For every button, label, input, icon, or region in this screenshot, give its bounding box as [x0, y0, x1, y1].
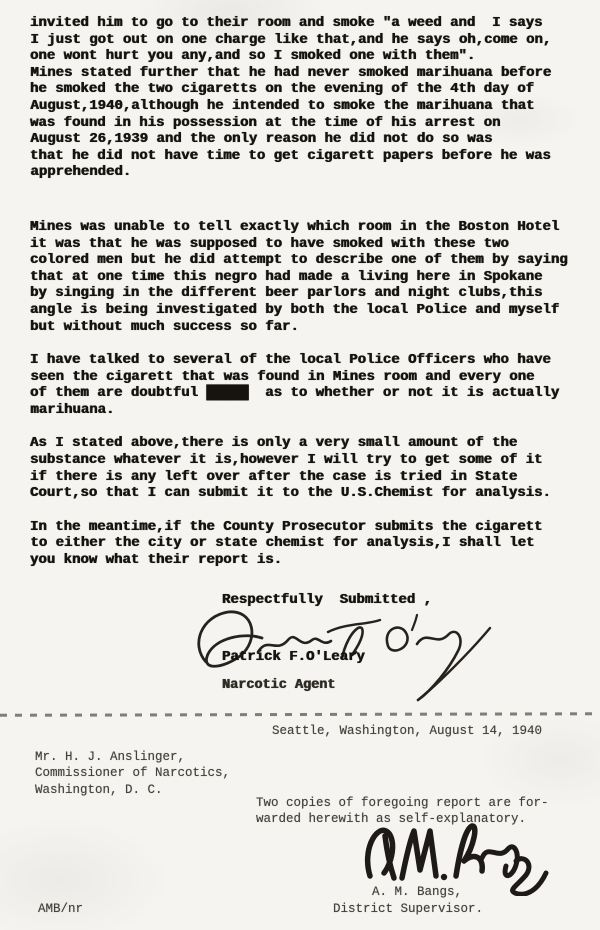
text-line: I just got out on one charge like that,a…: [30, 32, 582, 49]
text-line: Mines stated further that he had never s…: [30, 65, 582, 82]
report-paragraph: invited him to go to their room and smok…: [30, 15, 582, 181]
report-paragraph: Mines was unable to tell exactly which r…: [30, 219, 582, 335]
text-line: if there is any left over after the case…: [30, 469, 582, 486]
text-line: invited him to go to their room and smok…: [30, 15, 582, 32]
text-line: August 26,1939 and the only reason he di…: [30, 131, 582, 148]
text-line: Mines was unable to tell exactly which r…: [30, 219, 582, 236]
text-line: I have talked to several of the local Po…: [30, 352, 582, 369]
text-line: Mr. H. J. Anslinger,: [35, 749, 230, 765]
text-line: Washington, D. C.: [35, 782, 230, 798]
text-line: was found in his possession at the time …: [30, 115, 582, 132]
agent-title: Narcotic Agent: [222, 678, 335, 693]
reference-initials: AMB/nr: [38, 901, 83, 917]
report-paragraph: I have talked to several of the local Po…: [30, 352, 582, 418]
text-line: he smoked the two cigaretts on the eveni…: [30, 81, 582, 98]
recipient-address: Mr. H. J. Anslinger,Commissioner of Narc…: [35, 749, 230, 798]
text-line: Court,so that I can submit it to the U.S…: [30, 485, 582, 502]
text-line: that he did not have time to get cigaret…: [30, 148, 582, 165]
supervisor-title: District Supervisor.: [333, 901, 483, 917]
text-line: As I stated above,there is only a very s…: [30, 435, 582, 452]
text-line: apprehended.: [30, 164, 582, 181]
text-line: by singing in the different beer parlors…: [30, 285, 582, 302]
text-line: colored men but he did attempt to descri…: [30, 252, 582, 269]
text-line: you know what their report is.: [30, 552, 582, 569]
text-line: that at one time this negro had made a l…: [30, 269, 582, 286]
document-page: invited him to go to their room and smok…: [0, 0, 600, 930]
text-line: marihuana.: [30, 402, 582, 419]
oleary-typed-name: Patrick F.O'Leary: [222, 649, 365, 665]
text-line: Two copies of foregoing report are for-: [256, 795, 549, 811]
text-line: to either the city or state chemist for …: [30, 535, 582, 552]
report-body: invited him to go to their room and smok…: [30, 15, 582, 586]
text-line: one wont hurt you any,and so I smoked on…: [30, 48, 582, 65]
text-line: substance whatever it is,however I will …: [30, 452, 582, 469]
bangs-typed-name: A. M. Bangs,: [372, 884, 462, 900]
text-line: angle is being investigated by both the …: [30, 302, 582, 319]
text-line: August,1940,although he intended to smok…: [30, 98, 582, 115]
text-line: Commissioner of Narcotics,: [35, 765, 230, 781]
report-paragraph: In the meantime,if the County Prosecutor…: [30, 519, 582, 569]
report-paragraph: As I stated above,there is only a very s…: [30, 435, 582, 501]
text-line: it was that he was supposed to have smok…: [30, 236, 582, 253]
text-line: of them are doubtful █████ as to whether…: [30, 385, 582, 402]
text-line: but without much success so far.: [30, 319, 582, 336]
section-divider: [0, 712, 600, 717]
memo-dateline: Seattle, Washington, August 14, 1940: [272, 723, 542, 739]
text-line: seen the cigarett that was found in Mine…: [30, 369, 582, 386]
text-line: In the meantime,if the County Prosecutor…: [30, 519, 582, 536]
